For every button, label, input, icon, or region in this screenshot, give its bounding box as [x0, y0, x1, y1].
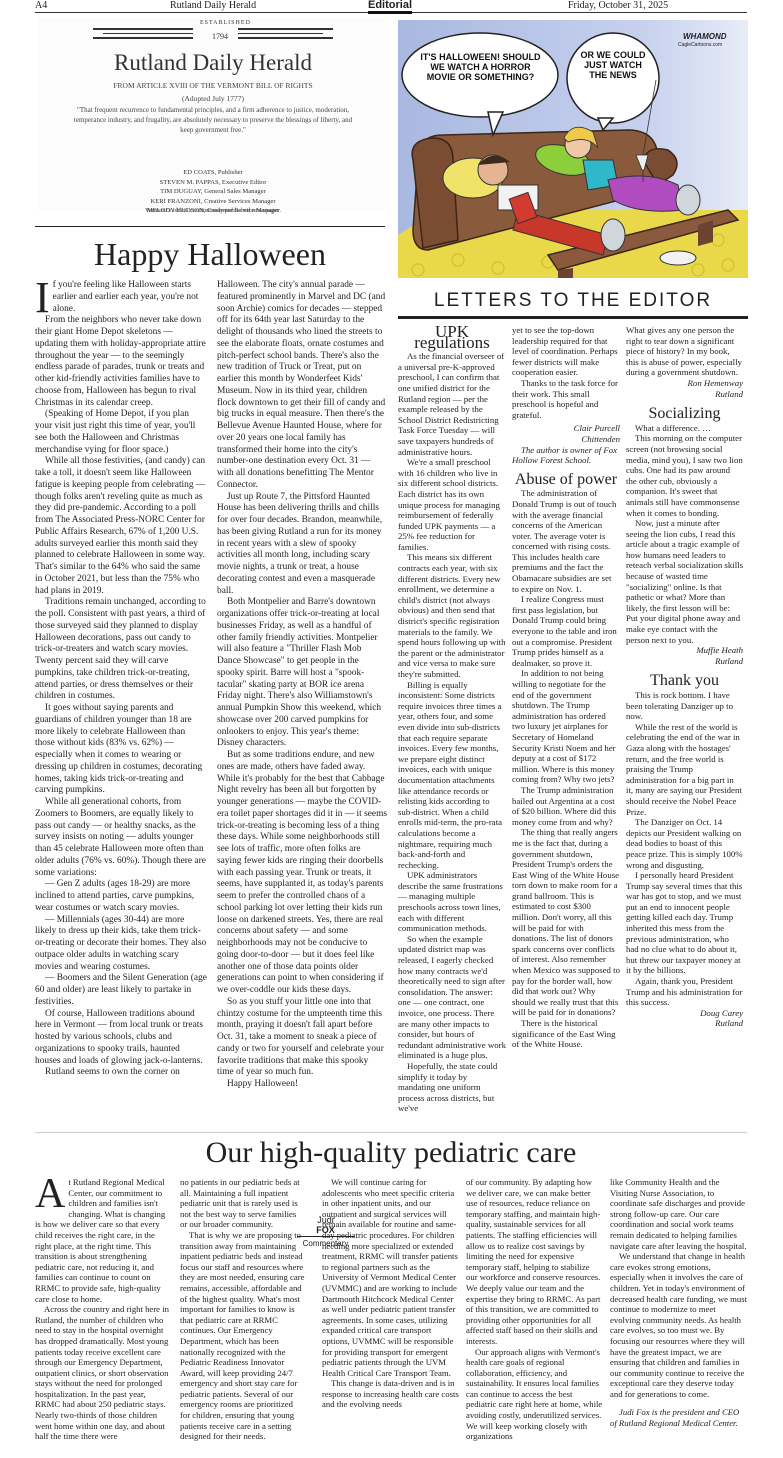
commentary-headline: Our high-quality pediatric care — [35, 1136, 747, 1170]
paragraph: So when the example updated district map… — [398, 934, 506, 1061]
commentary-column-3: We will continue caring for adolescents … — [322, 1177, 459, 1410]
paragraph: The Trump administration bailed out Arge… — [512, 785, 620, 827]
letters-column-2: yet to see the top-down leadership requi… — [512, 325, 620, 1050]
paragraph: The administration of Donald Trump is ou… — [512, 488, 620, 594]
paragraph: Happy Halloween! — [217, 1079, 387, 1091]
masthead-title: Rutland Daily Herald — [38, 50, 388, 76]
masthead-quote: "That frequent recurrence to fundamental… — [73, 105, 353, 135]
paragraph: This morning on the computer screen (not… — [626, 433, 743, 518]
paragraph: UPK administrators describe the same fru… — [398, 870, 506, 934]
paragraph: But as some traditions endure, and new o… — [217, 750, 387, 997]
page-header: A4 Rutland Daily Herald Editorial Friday… — [35, 0, 747, 13]
paragraph: If you're feeling like Halloween starts … — [35, 280, 207, 315]
letter-author: Ron Hemenway — [626, 378, 743, 389]
paragraph: like Community Health and the Visiting N… — [610, 1177, 747, 1251]
drop-cap: A — [35, 1178, 65, 1210]
commentary-column-1: At Rutland Regional Medical Center, our … — [35, 1177, 172, 1442]
paragraph: From the neighbors who never take down t… — [35, 315, 207, 409]
commentary-column-2: no patients in our pediatric beds at all… — [180, 1177, 305, 1442]
editorial-column-2: Halloween. The city's annual parade — fe… — [217, 280, 387, 1091]
paragraph: Now, just a minute after seeing the lion… — [626, 518, 743, 645]
drop-cap: I — [35, 281, 50, 315]
divider — [35, 226, 385, 227]
letter-title-upk: UPK regulations — [398, 327, 506, 348]
paragraph: The Danziger on Oct. 14 depicts our Pres… — [626, 817, 743, 870]
paragraph: I personally heard President Trump say s… — [626, 870, 743, 976]
paragraph: While all generational cohorts, from Zoo… — [35, 797, 207, 879]
page-number: A4 — [35, 0, 47, 12]
paragraph: We understand that change in health care… — [610, 1251, 747, 1399]
paragraph: That is why we are proposing to transiti… — [180, 1230, 305, 1442]
masthead-subtitle: FROM ARTICLE XVIII OF THE VERMONT BILL O… — [38, 81, 388, 90]
speech-bubble-left: IT'S HALLOWEEN! SHOULD WE WATCH A HORROR… — [418, 52, 543, 82]
paragraph: Rutland seems to own the corner on — [35, 1067, 207, 1079]
letter-title-socializing: Socializing — [626, 409, 743, 420]
masthead-adopted: (Adopted July 1777) — [38, 94, 388, 103]
paragraph: Billing is equally inconsistent: Some di… — [398, 680, 506, 871]
paragraph: no patients in our pediatric beds at all… — [180, 1177, 305, 1230]
letters-divider — [398, 316, 748, 319]
paragraph: — Millennials (ages 30-44) are more like… — [35, 915, 207, 974]
staff-line: ED COATS, Publisher — [38, 168, 388, 178]
paragraph: Again, thank you, President Trump and hi… — [626, 976, 743, 1008]
letters-column-3: What gives any one person the right to t… — [626, 325, 743, 1029]
paragraph: So as you stuff your little one into tha… — [217, 997, 387, 1079]
commentary-column-5: like Community Health and the Visiting N… — [610, 1177, 747, 1429]
paragraph: Thanks to the task force for their work.… — [512, 378, 620, 420]
speech-bubble-right: OR WE COULD JUST WATCH THE NEWS — [578, 50, 648, 80]
paragraph: This is rock bottom. I have been tolerat… — [626, 690, 743, 722]
paragraph: — Gen Z adults (ages 18-29) are more inc… — [35, 879, 207, 914]
author-note: Judi Fox is the president and CEO of Rut… — [610, 1407, 747, 1428]
paragraph: Across the country and right here in Rut… — [35, 1304, 172, 1442]
paragraph: This means six different contracts each … — [398, 552, 506, 679]
paragraph: Of course, Halloween traditions abound h… — [35, 1009, 207, 1068]
divider — [35, 1132, 747, 1133]
letter-town: Chittenden — [512, 434, 620, 445]
paragraph: This change is data-driven and is in res… — [322, 1378, 459, 1410]
paragraph: While the rest of the world is celebrati… — [626, 722, 743, 817]
cartoonist-signature: WHAMOND — [683, 32, 727, 41]
editorial-cartoon: IT'S HALLOWEEN! SHOULD WE WATCH A HORROR… — [398, 20, 748, 278]
editorial-headline: Happy Halloween — [35, 236, 385, 273]
letters-section-title: LETTERS TO THE EDITOR — [398, 290, 748, 312]
letters-column-1: UPK regulations As the financial oversee… — [398, 325, 506, 1114]
paragraph: Just up Route 7, the Pittsford Haunted H… — [217, 492, 387, 598]
paragraph: In addition to not being willing to nego… — [512, 668, 620, 785]
letter-author: Muffie Heath — [626, 645, 743, 656]
paragraph: (Speaking of Home Depot, if you plan you… — [35, 409, 207, 456]
staff-line: TIM DUGUAY, General Sales Manager — [38, 187, 388, 197]
paragraph: yet to see the top-down leadership requi… — [512, 325, 620, 378]
letter-town: Rutland — [626, 1018, 743, 1029]
publication-name: Rutland Daily Herald — [170, 0, 256, 12]
letter-town: Rutland — [626, 389, 743, 400]
paragraph: What gives any one person the right to t… — [626, 325, 743, 378]
commentary-column-4: of our community. By adapting how we del… — [466, 1177, 603, 1442]
issue-date: Friday, October 31, 2025 — [568, 0, 668, 12]
paragraph: Both Montpelier and Barre's downtown org… — [217, 597, 387, 750]
letter-author: Doug Carey — [626, 1008, 743, 1019]
paragraph: It goes without saying parents and guard… — [35, 703, 207, 797]
paragraph: Traditions remain unchanged, according t… — [35, 597, 207, 703]
staff-line: KERI FRANZONI, Creative Services Manager — [38, 197, 388, 207]
paragraph: Hopefully, the state could simplify it t… — [398, 1061, 506, 1114]
paragraph: We will continue caring for adolescents … — [322, 1177, 459, 1378]
paragraph: of our community. By adapting how we del… — [466, 1177, 603, 1347]
masthead: ESTABLISHED 1794 Rutland Daily Herald FR… — [38, 18, 388, 210]
letter-title-abuse: Abuse of power — [512, 475, 620, 486]
paragraph: There is the historical significance of … — [512, 1018, 620, 1050]
editorial-column-1: If you're feeling like Halloween starts … — [35, 280, 207, 1079]
paragraph: We're a small preschool with 16 children… — [398, 457, 506, 552]
paragraph: Our approach aligns with Vermont's healt… — [466, 1347, 603, 1442]
paragraph: Halloween. The city's annual parade — fe… — [217, 280, 387, 492]
letter-author: Clair Purcell — [512, 423, 620, 434]
letter-title-thanks: Thank you — [626, 676, 743, 687]
established-badge: ESTABLISHED 1794 — [198, 18, 242, 48]
masthead-tagline: Vermont's oldest continuously published … — [38, 207, 388, 214]
paragraph: At Rutland Regional Medical Center, our … — [35, 1177, 172, 1304]
cartoon-credit: CagleCartoons.com — [678, 42, 722, 48]
paragraph: What a difference. … — [626, 423, 743, 434]
letter-town: Rutland — [626, 656, 743, 667]
paragraph: While all those festivities, (and candy)… — [35, 456, 207, 597]
staff-line: STEVEN M. PAPPAS, Executive Editor — [38, 178, 388, 188]
paragraph: As the financial overseer of a universal… — [398, 351, 506, 457]
paragraph: The thing that really angers me is the f… — [512, 827, 620, 1018]
section-label: Editorial — [368, 0, 412, 14]
paragraph: — Boomers and the Silent Generation (age… — [35, 973, 207, 1008]
author-note: The author is owner of Fox Hollow Forest… — [512, 445, 620, 466]
paragraph: I realize Congress must first pass legis… — [512, 594, 620, 668]
